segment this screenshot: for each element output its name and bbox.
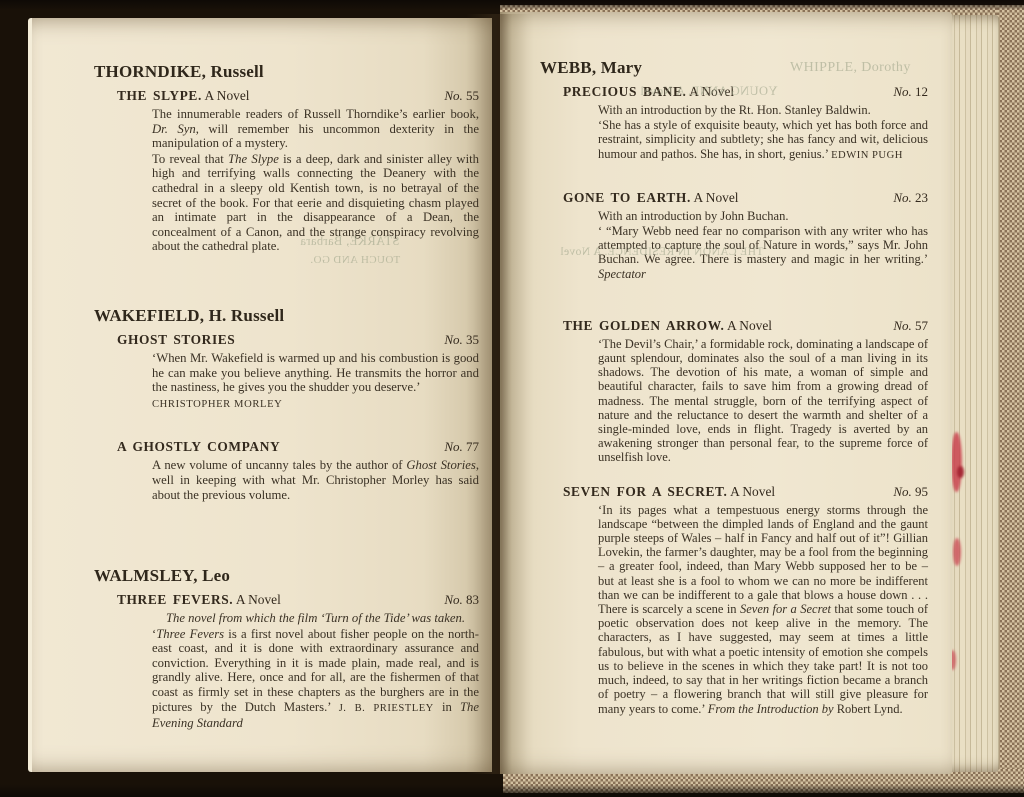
paragraph: ‘ “Mary Webb need fear no comparison wit… <box>598 224 928 281</box>
catalogue-number: No. 23 <box>893 189 928 206</box>
right-page: WEBB, Mary PRECIOUS BANE. A Novel No. 12… <box>500 12 952 774</box>
book-description: With an introduction by the Rt. Hon. Sta… <box>598 103 928 163</box>
book-title-row: THREE FEVERS. A Novel No. 83 <box>117 591 479 608</box>
book-description: ‘The Devil’s Chair,’ a formidable rock, … <box>598 337 928 465</box>
red-stain <box>951 432 962 492</box>
book-description: ‘In its pages what a tempestuous energy … <box>598 503 928 716</box>
paragraph: The innumerable readers of Russell Thorn… <box>152 107 479 151</box>
author-heading: THORNDIKE, Russell <box>94 62 479 82</box>
book-title: THE GOLDEN ARROW. A Novel <box>563 317 772 334</box>
book-description: With an introduction by John Buchan. ‘ “… <box>598 209 928 281</box>
book-title-row: SEVEN FOR A SECRET. A Novel No. 95 <box>563 483 928 500</box>
book-title-row: GONE TO EARTH. A Novel No. 23 <box>563 189 928 206</box>
book-title: GHOST STORIES <box>117 331 235 348</box>
catalogue-number: No. 35 <box>444 331 479 348</box>
catalogue-number: No. 83 <box>444 591 479 608</box>
catalogue-number: No. 12 <box>893 83 928 100</box>
top-shadow <box>0 0 1024 10</box>
book-description: A new volume of uncanny tales by the aut… <box>152 458 479 502</box>
cover-fabric-right <box>997 5 1024 790</box>
catalogue-number: No. 95 <box>893 483 928 500</box>
book-title: GONE TO EARTH. A Novel <box>563 189 739 206</box>
book-title: A GHOSTLY COMPANY <box>117 438 280 455</box>
paragraph: A new volume of uncanny tales by the aut… <box>152 458 479 502</box>
book-title-row: A GHOSTLY COMPANY No. 77 <box>117 438 479 455</box>
author-heading: WALMSLEY, Leo <box>94 566 479 586</box>
right-page-content: WEBB, Mary PRECIOUS BANE. A Novel No. 12… <box>540 58 928 717</box>
page-edge-stack <box>949 15 999 772</box>
book-description: The innumerable readers of Russell Thorn… <box>152 107 479 254</box>
paragraph: ‘Three Fevers is a first novel about fis… <box>152 627 479 731</box>
catalogue-number: No. 77 <box>444 438 479 455</box>
paragraph: To reveal that The Slype is a deep, dark… <box>152 152 479 254</box>
bottom-shadow <box>0 784 1024 797</box>
author-section-walmsley: WALMSLEY, Leo THREE FEVERS. A Novel No. … <box>94 566 479 731</box>
book-description: The novel from which the film ‘Turn of t… <box>152 611 479 731</box>
book-title: SEVEN FOR A SECRET. A Novel <box>563 483 775 500</box>
book-title: THE SLYPE. A Novel <box>117 87 250 104</box>
book-title: PRECIOUS BANE. A Novel <box>563 83 734 100</box>
film-tagline: The novel from which the film ‘Turn of t… <box>152 611 479 626</box>
author-section-wakefield: WAKEFIELD, H. Russell GHOST STORIES No. … <box>94 306 479 502</box>
book-title: THREE FEVERS. A Novel <box>117 591 281 608</box>
catalogue-number: No. 57 <box>893 317 928 334</box>
paragraph: ‘In its pages what a tempestuous energy … <box>598 503 928 716</box>
author-heading: WEBB, Mary <box>540 58 928 78</box>
paragraph: With an introduction by the Rt. Hon. Sta… <box>598 103 928 117</box>
book-title-row: THE SLYPE. A Novel No. 55 <box>117 87 479 104</box>
book-title-row: THE GOLDEN ARROW. A Novel No. 57 <box>563 317 928 334</box>
red-stain <box>953 538 961 566</box>
paragraph: ‘When Mr. Wakefield is warmed up and his… <box>152 351 479 395</box>
left-page: THORNDIKE, Russell THE SLYPE. A Novel No… <box>28 18 492 772</box>
book-description: ‘When Mr. Wakefield is warmed up and his… <box>152 351 479 412</box>
paragraph: With an introduction by John Buchan. <box>598 209 928 223</box>
book-title-row: GHOST STORIES No. 35 <box>117 331 479 348</box>
left-page-content: THORNDIKE, Russell THE SLYPE. A Novel No… <box>94 62 479 732</box>
author-heading: WAKEFIELD, H. Russell <box>94 306 479 326</box>
quote-attribution: CHRISTOPHER MORLEY <box>152 398 479 413</box>
paragraph: ‘She has a style of exquisite beauty, wh… <box>598 118 928 163</box>
book-title-row: PRECIOUS BANE. A Novel No. 12 <box>563 83 928 100</box>
catalogue-number: No. 55 <box>444 87 479 104</box>
paragraph: ‘The Devil’s Chair,’ a formidable rock, … <box>598 337 928 465</box>
red-stain <box>957 466 964 478</box>
author-section-thorndike: THORNDIKE, Russell THE SLYPE. A Novel No… <box>94 62 479 254</box>
author-section-webb: WEBB, Mary PRECIOUS BANE. A Novel No. 12… <box>540 58 928 716</box>
